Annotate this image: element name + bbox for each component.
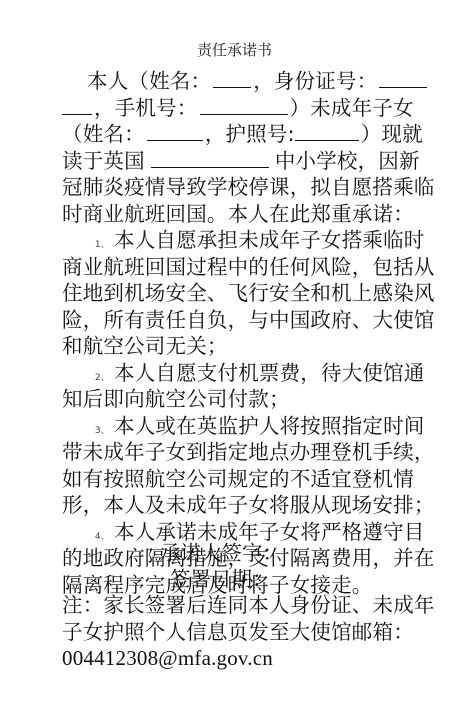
commitment-item-3: 3、本人或在英监护人将按照指定时间 带未成年子女到指定地点办理登机手续， 如有按… (62, 413, 407, 519)
note-line-1: 注：家长签署后连同本人身份证、未成年 (62, 592, 407, 619)
document-title: 责任承诺书 (0, 40, 469, 60)
intro-line-4: 读于英国中小学校，因新 (62, 148, 407, 175)
phone-label: ，手机号： (94, 96, 198, 120)
commitment-item-line: 如有按照航空公司规定的不适宜登机情 (62, 466, 407, 493)
minor-child-label: ）未成年子女 (290, 96, 414, 120)
item-text: 本人自愿承担未成年子女搭乘临时 (114, 228, 425, 252)
note-line-2: 子女护照个人信息页发至大使馆邮箱： (62, 619, 407, 646)
parent-name-blank (213, 68, 251, 88)
phone-blank (200, 95, 288, 115)
passport-blank (295, 121, 359, 141)
commitment-item-line: 险，所有责任自负，与中国政府、大使馆 (62, 307, 407, 334)
child-name-blank (147, 121, 203, 141)
school-text: 中小学校，因新 (275, 149, 420, 173)
item-text: 本人自愿支付机票费，待大使馆通 (114, 361, 425, 385)
id-number-blank-cont (62, 95, 92, 115)
commitment-item-2: 2、本人自愿支付机票费，待大使馆通 知后即向航空公司付款； (62, 360, 407, 413)
signing-date-label: 签署日期： (170, 566, 273, 592)
commitment-item-1: 1、本人自愿承担未成年子女搭乘临时 商业航班回国过程中的任何风险，包括从 住地到… (62, 227, 407, 360)
embassy-email: 004412308@mfa.gov.cn (62, 645, 407, 672)
commitment-item-line: 和航空公司无关； (62, 333, 407, 360)
id-number-blank (379, 68, 427, 88)
commitment-item-line: 住地到机场安全、飞行安全和机上感染风 (62, 280, 407, 307)
intro-line-1: 本人（姓名：，身份证号： (62, 68, 407, 95)
signer-signature-label: 承诺人签字： (160, 540, 283, 566)
commitment-item-line: 知后即向航空公司付款； (62, 386, 407, 413)
intro-paragraph: 本人（姓名：，身份证号： ，手机号：）未成年子女 （姓名：，护照号:）现就 读于… (62, 68, 407, 227)
name-label: 本人（姓名： (87, 69, 211, 93)
child-name-label: （姓名： (62, 122, 145, 146)
intro-line-6: 时商业航班回国。本人在此郑重承诺： (62, 201, 407, 228)
commitment-item-line: 3、本人或在英监护人将按照指定时间 (62, 413, 407, 440)
id-number-label: ，身份证号： (253, 69, 377, 93)
note-block: 注：家长签署后连同本人身份证、未成年 子女护照个人信息页发至大使馆邮箱： 004… (62, 592, 407, 672)
commitment-item-line: 带未成年子女到指定地点办理登机手续， (62, 439, 407, 466)
intro-text-3c: ）现就 (361, 122, 423, 146)
item-text: 本人或在英监护人将按照指定时间 (114, 414, 425, 438)
commitment-item-line: 1、本人自愿承担未成年子女搭乘临时 (62, 227, 407, 254)
passport-label: ，护照号: (205, 122, 295, 146)
intro-line-2: ，手机号：）未成年子女 (62, 95, 407, 122)
school-blank (151, 148, 269, 168)
intro-line-5: 冠肺炎疫情导致学校停课，拟自愿搭乘临 (62, 174, 407, 201)
intro-line-3: （姓名：，护照号:）现就 (62, 121, 407, 148)
commitment-item-line: 2、本人自愿支付机票费，待大使馆通 (62, 360, 407, 387)
commitment-item-line: 形，本人及未成年子女将服从现场安排； (62, 492, 407, 519)
school-country-label: 读于英国 (62, 149, 145, 173)
commitment-item-line: 商业航班回国过程中的任何风险，包括从 (62, 254, 407, 281)
